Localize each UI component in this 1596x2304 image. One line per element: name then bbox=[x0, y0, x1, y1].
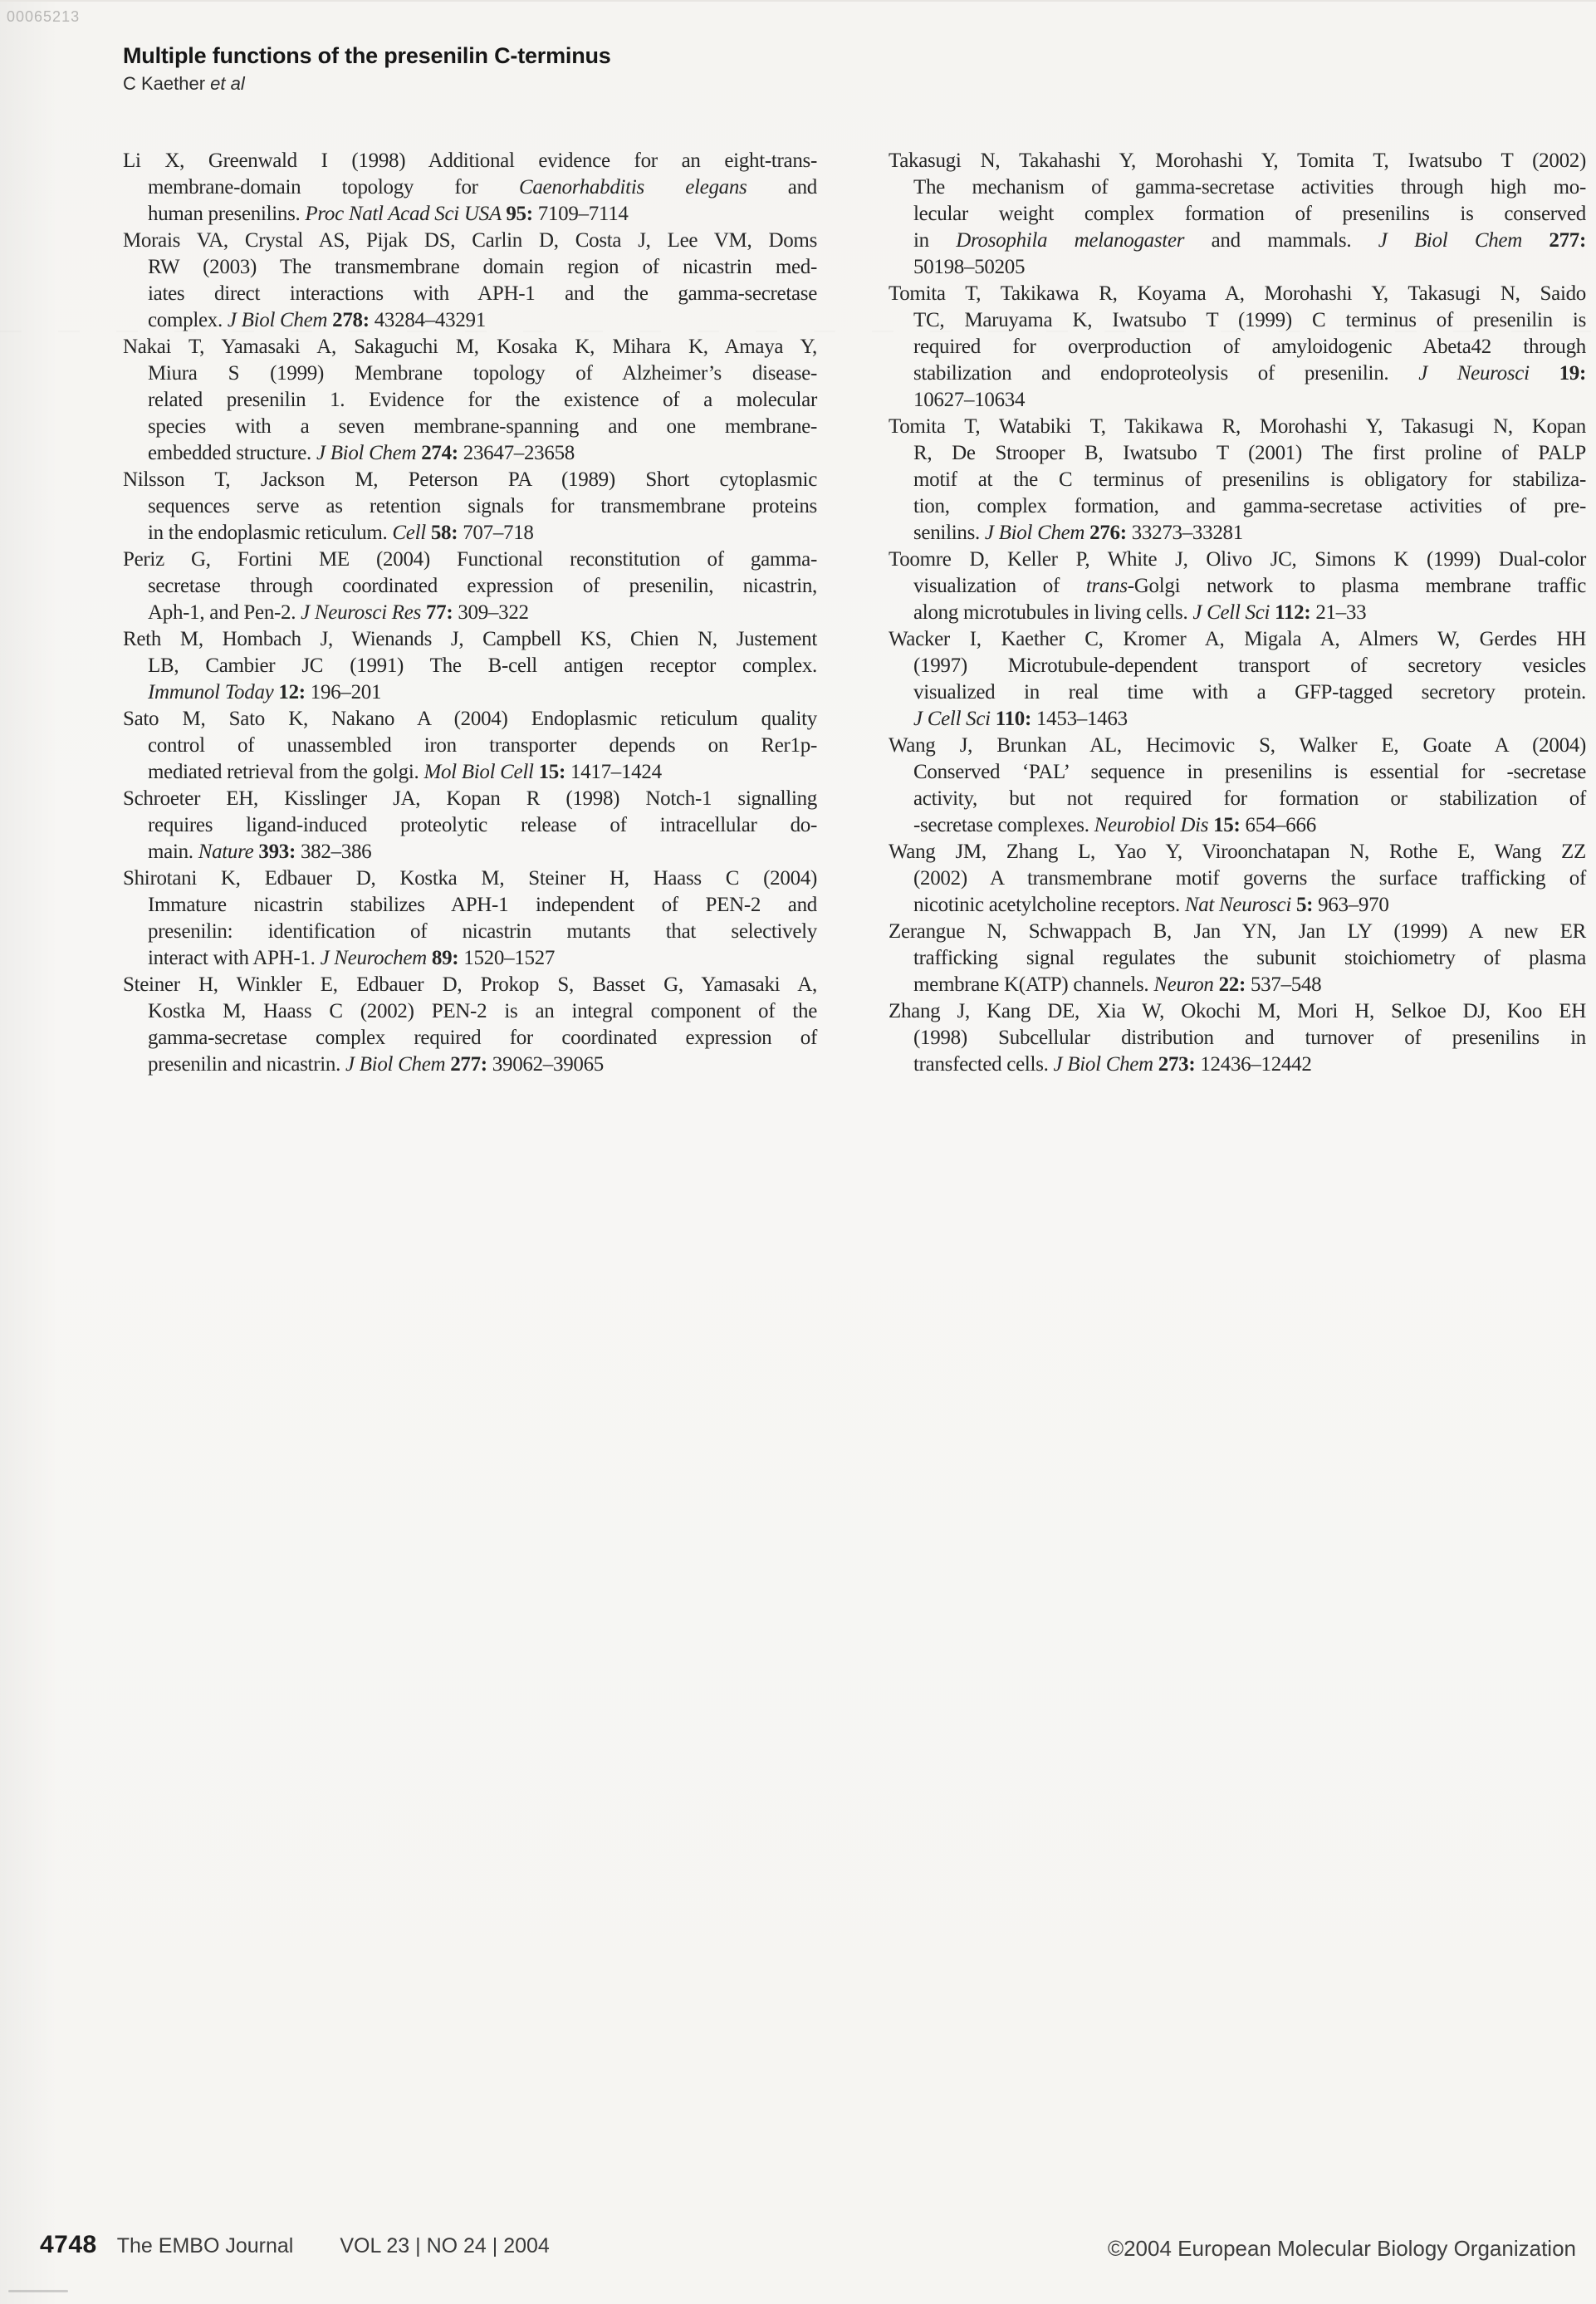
reference-item: Toomre D, Keller P, White J, Olivo JC, S… bbox=[889, 547, 1586, 626]
reference-line: species with a seven membrane-spanning a… bbox=[148, 414, 817, 440]
reference-line: trafficking signal regulates the subunit… bbox=[913, 945, 1586, 972]
reference-line: nicotinic acetylcholine receptors. Nat N… bbox=[913, 892, 1586, 919]
reference-line: Takasugi N, Takahashi Y, Morohashi Y, To… bbox=[889, 148, 1586, 174]
reference-line: Aph-1, and Pen-2. J Neurosci Res 77: 309… bbox=[148, 600, 817, 626]
reference-line: Tomita T, Takikawa R, Koyama A, Morohash… bbox=[889, 281, 1586, 307]
reference-line: Li X, Greenwald I (1998) Additional evid… bbox=[123, 148, 817, 174]
reference-line: Immunol Today 12: 196–201 bbox=[148, 679, 817, 706]
page-number: 4748 bbox=[40, 2231, 97, 2259]
references-column-left: Li X, Greenwald I (1998) Additional evid… bbox=[123, 148, 817, 1078]
reference-line: complex. J Biol Chem 278: 43284–43291 bbox=[148, 307, 817, 334]
journal-name: The EMBO Journal bbox=[117, 2234, 294, 2258]
reference-item: Nilsson T, Jackson M, Peterson PA (1989)… bbox=[123, 467, 817, 547]
reference-line: in the endoplasmic reticulum. Cell 58: 7… bbox=[148, 520, 817, 547]
reference-line: tion, complex formation, and gamma-secre… bbox=[913, 493, 1586, 520]
reference-line: requires ligand-induced proteolytic rele… bbox=[148, 812, 817, 839]
reference-line: Nakai T, Yamasaki A, Sakaguchi M, Kosaka… bbox=[123, 334, 817, 360]
reference-item: Zerangue N, Schwappach B, Jan YN, Jan LY… bbox=[889, 919, 1586, 998]
reference-line: activity, but not required for formation… bbox=[913, 786, 1586, 812]
reference-line: in Drosophila melanogaster and mammals. … bbox=[913, 228, 1586, 254]
reference-item: Li X, Greenwald I (1998) Additional evid… bbox=[123, 148, 817, 228]
reference-line: Reth M, Hombach J, Wienands J, Campbell … bbox=[123, 626, 817, 653]
reference-line: sequences serve as retention signals for… bbox=[148, 493, 817, 520]
reference-line: secretase through coordinated expression… bbox=[148, 573, 817, 600]
reference-line: Tomita T, Watabiki T, Takikawa R, Moroha… bbox=[889, 414, 1586, 440]
reference-line: J Cell Sci 110: 1453–1463 bbox=[913, 706, 1586, 733]
reference-line: lecular weight complex formation of pres… bbox=[913, 201, 1586, 228]
copyright-notice: ©2004 European Molecular Biology Organiz… bbox=[1108, 2236, 1576, 2262]
reference-line: Zerangue N, Schwappach B, Jan YN, Jan LY… bbox=[889, 919, 1586, 945]
reference-line: (1997) Microtubule-dependent transport o… bbox=[913, 653, 1586, 679]
reference-line: visualization of trans-Golgi network to … bbox=[913, 573, 1586, 600]
reference-line: 10627–10634 bbox=[913, 387, 1586, 414]
reference-line: Immature nicastrin stabilizes APH-1 inde… bbox=[148, 892, 817, 919]
reference-line: TC, Maruyama K, Iwatsubo T (1999) C term… bbox=[913, 307, 1586, 334]
reference-line: related presenilin 1. Evidence for the e… bbox=[148, 387, 817, 414]
reference-line: R, De Strooper B, Iwatsubo T (2001) The … bbox=[913, 440, 1586, 467]
reference-line: presenilin and nicastrin. J Biol Chem 27… bbox=[148, 1052, 817, 1078]
references-column-right: Takasugi N, Takahashi Y, Morohashi Y, To… bbox=[889, 148, 1586, 1078]
reference-line: Shirotani K, Edbauer D, Kostka M, Steine… bbox=[123, 865, 817, 892]
reference-item: Takasugi N, Takahashi Y, Morohashi Y, To… bbox=[889, 148, 1586, 281]
reference-line: Wang J, Brunkan AL, Hecimovic S, Walker … bbox=[889, 733, 1586, 759]
reference-line: Toomre D, Keller P, White J, Olivo JC, S… bbox=[889, 547, 1586, 573]
reference-line: Periz G, Fortini ME (2004) Functional re… bbox=[123, 547, 817, 573]
reference-line: Steiner H, Winkler E, Edbauer D, Prokop … bbox=[123, 972, 817, 998]
reference-line: human presenilins. Proc Natl Acad Sci US… bbox=[148, 201, 817, 228]
reference-item: Reth M, Hombach J, Wienands J, Campbell … bbox=[123, 626, 817, 706]
reference-line: membrane K(ATP) channels. Neuron 22: 537… bbox=[913, 972, 1586, 998]
reference-item: Nakai T, Yamasaki A, Sakaguchi M, Kosaka… bbox=[123, 334, 817, 467]
reference-line: Nilsson T, Jackson M, Peterson PA (1989)… bbox=[123, 467, 817, 493]
reference-line: control of unassembled iron transporter … bbox=[148, 733, 817, 759]
page-authors: C Kaether et al bbox=[123, 73, 245, 95]
reference-line: Miura S (1999) Membrane topology of Alzh… bbox=[148, 360, 817, 387]
reference-item: Schroeter EH, Kisslinger JA, Kopan R (19… bbox=[123, 786, 817, 865]
reference-line: Conserved ‘PAL’ sequence in presenilins … bbox=[913, 759, 1586, 786]
reference-line: main. Nature 393: 382–386 bbox=[148, 839, 817, 865]
footer-left: 4748 The EMBO Journal VOL 23 | NO 24 | 2… bbox=[40, 2231, 550, 2259]
reference-line: LB, Cambier JC (1991) The B-cell antigen… bbox=[148, 653, 817, 679]
reference-line: Zhang J, Kang DE, Xia W, Okochi M, Mori … bbox=[889, 998, 1586, 1025]
reference-line: presenilin: identification of nicastrin … bbox=[148, 919, 817, 945]
reference-line: Kostka M, Haass C (2002) PEN-2 is an int… bbox=[148, 998, 817, 1025]
reference-line: Morais VA, Crystal AS, Pijak DS, Carlin … bbox=[123, 228, 817, 254]
reference-line: motif at the C terminus of presenilins i… bbox=[913, 467, 1586, 493]
reference-item: Tomita T, Watabiki T, Takikawa R, Moroha… bbox=[889, 414, 1586, 547]
reference-item: Sato M, Sato K, Nakano A (2004) Endoplas… bbox=[123, 706, 817, 786]
reference-line: RW (2003) The transmembrane domain regio… bbox=[148, 254, 817, 281]
reference-item: Shirotani K, Edbauer D, Kostka M, Steine… bbox=[123, 865, 817, 972]
reference-item: Wacker I, Kaether C, Kromer A, Migala A,… bbox=[889, 626, 1586, 733]
authors-etal: et al bbox=[210, 73, 245, 94]
reference-line: transfected cells. J Biol Chem 273: 1243… bbox=[913, 1052, 1586, 1078]
reference-line: (2002) A transmembrane motif governs the… bbox=[913, 865, 1586, 892]
reference-line: -secretase complexes. Neurobiol Dis 15: … bbox=[913, 812, 1586, 839]
reference-line: gamma-secretase complex required for coo… bbox=[148, 1025, 817, 1052]
reference-line: Schroeter EH, Kisslinger JA, Kopan R (19… bbox=[123, 786, 817, 812]
reference-line: interact with APH-1. J Neurochem 89: 152… bbox=[148, 945, 817, 972]
reference-line: visualized in real time with a GFP-tagge… bbox=[913, 679, 1586, 706]
reference-item: Steiner H, Winkler E, Edbauer D, Prokop … bbox=[123, 972, 817, 1078]
scan-top-edge bbox=[0, 0, 1596, 2]
reference-line: required for overproduction of amyloidog… bbox=[913, 334, 1586, 360]
reference-line: embedded structure. J Biol Chem 274: 236… bbox=[148, 440, 817, 467]
reference-item: Zhang J, Kang DE, Xia W, Okochi M, Mori … bbox=[889, 998, 1586, 1078]
page-title: Multiple functions of the presenilin C-t… bbox=[123, 43, 611, 69]
reference-line: Sato M, Sato K, Nakano A (2004) Endoplas… bbox=[123, 706, 817, 733]
scan-artifact bbox=[8, 2290, 68, 2292]
issue-info: VOL 23 | NO 24 | 2004 bbox=[340, 2234, 550, 2258]
reference-item: Morais VA, Crystal AS, Pijak DS, Carlin … bbox=[123, 228, 817, 334]
reference-line: Wang JM, Zhang L, Yao Y, Viroonchatapan … bbox=[889, 839, 1586, 865]
reference-line: along microtubules in living cells. J Ce… bbox=[913, 600, 1586, 626]
reference-line: (1998) Subcellular distribution and turn… bbox=[913, 1025, 1586, 1052]
reference-item: Wang JM, Zhang L, Yao Y, Viroonchatapan … bbox=[889, 839, 1586, 919]
reference-item: Wang J, Brunkan AL, Hecimovic S, Walker … bbox=[889, 733, 1586, 839]
reference-line: The mechanism of gamma-secretase activit… bbox=[913, 174, 1586, 201]
reference-line: senilins. J Biol Chem 276: 33273–33281 bbox=[913, 520, 1586, 547]
reference-line: 50198–50205 bbox=[913, 254, 1586, 281]
reference-line: membrane-domain topology for Caenorhabdi… bbox=[148, 174, 817, 201]
reference-line: mediated retrieval from the golgi. Mol B… bbox=[148, 759, 817, 786]
scan-corner-number: 00065213 bbox=[7, 8, 80, 26]
reference-item: Tomita T, Takikawa R, Koyama A, Morohash… bbox=[889, 281, 1586, 414]
reference-line: stabilization and endoproteolysis of pre… bbox=[913, 360, 1586, 387]
reference-item: Periz G, Fortini ME (2004) Functional re… bbox=[123, 547, 817, 626]
reference-line: Wacker I, Kaether C, Kromer A, Migala A,… bbox=[889, 626, 1586, 653]
authors-name: C Kaether bbox=[123, 73, 210, 94]
reference-line: iates direct interactions with APH-1 and… bbox=[148, 281, 817, 307]
